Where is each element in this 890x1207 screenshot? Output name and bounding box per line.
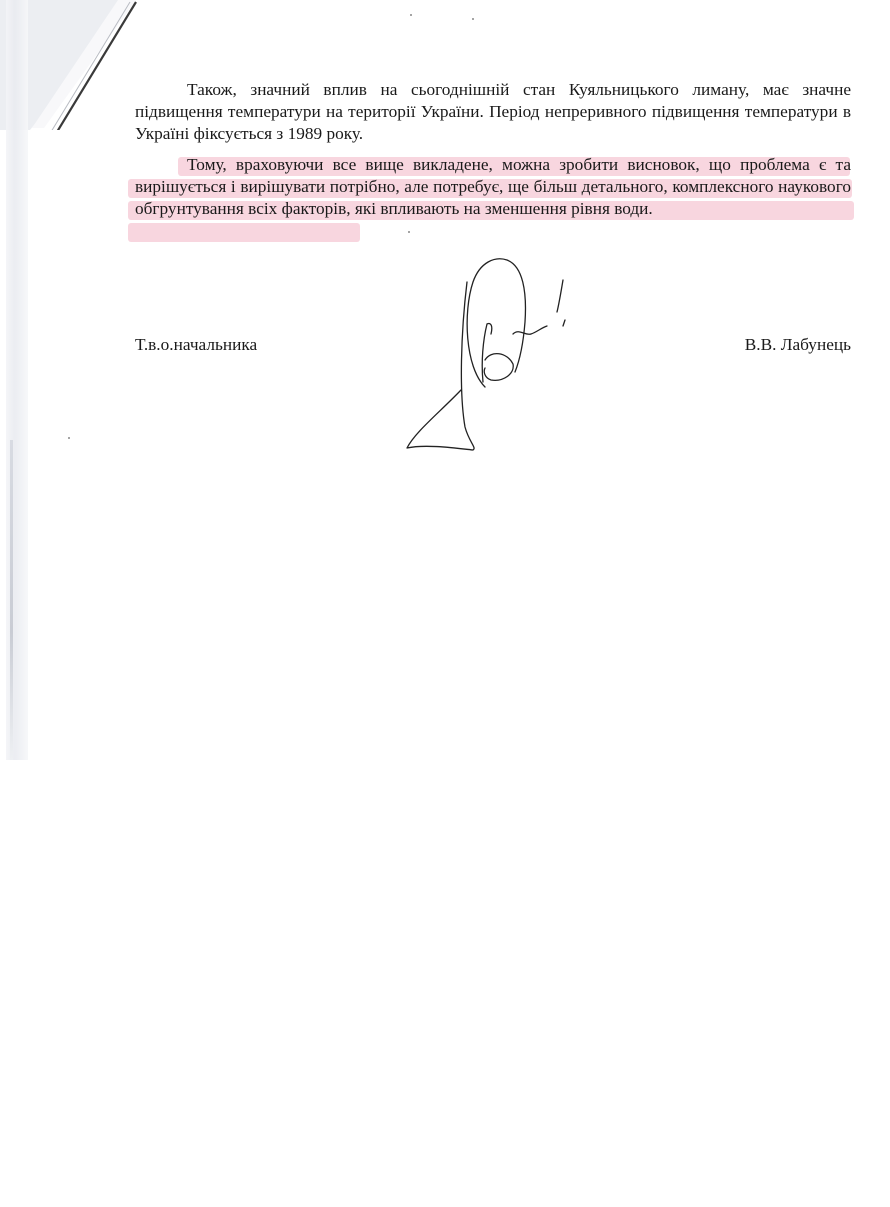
scan-speck (408, 231, 410, 233)
scan-edge-line (10, 440, 13, 760)
scan-speck (472, 18, 474, 20)
scanned-document-page: Також, значний вплив на сьогоднішній ста… (0, 0, 890, 1207)
paragraph-text: Також, значний вплив на сьогоднішній ста… (135, 79, 851, 145)
paragraph-text: Тому, враховуючи все вище викладене, мож… (135, 154, 851, 220)
highlight-stroke (128, 223, 360, 242)
position-title: Т.в.о.начальника (135, 334, 257, 356)
paragraph-conclusion: Тому, враховуючи все вище викладене, мож… (135, 154, 851, 220)
handwritten-signature-icon (395, 252, 595, 462)
paragraph-temperature: Також, значний вплив на сьогоднішній ста… (135, 79, 851, 145)
scan-speck (68, 437, 70, 439)
signatory-name: В.В. Лабунець (745, 334, 851, 356)
scan-speck (410, 14, 412, 16)
